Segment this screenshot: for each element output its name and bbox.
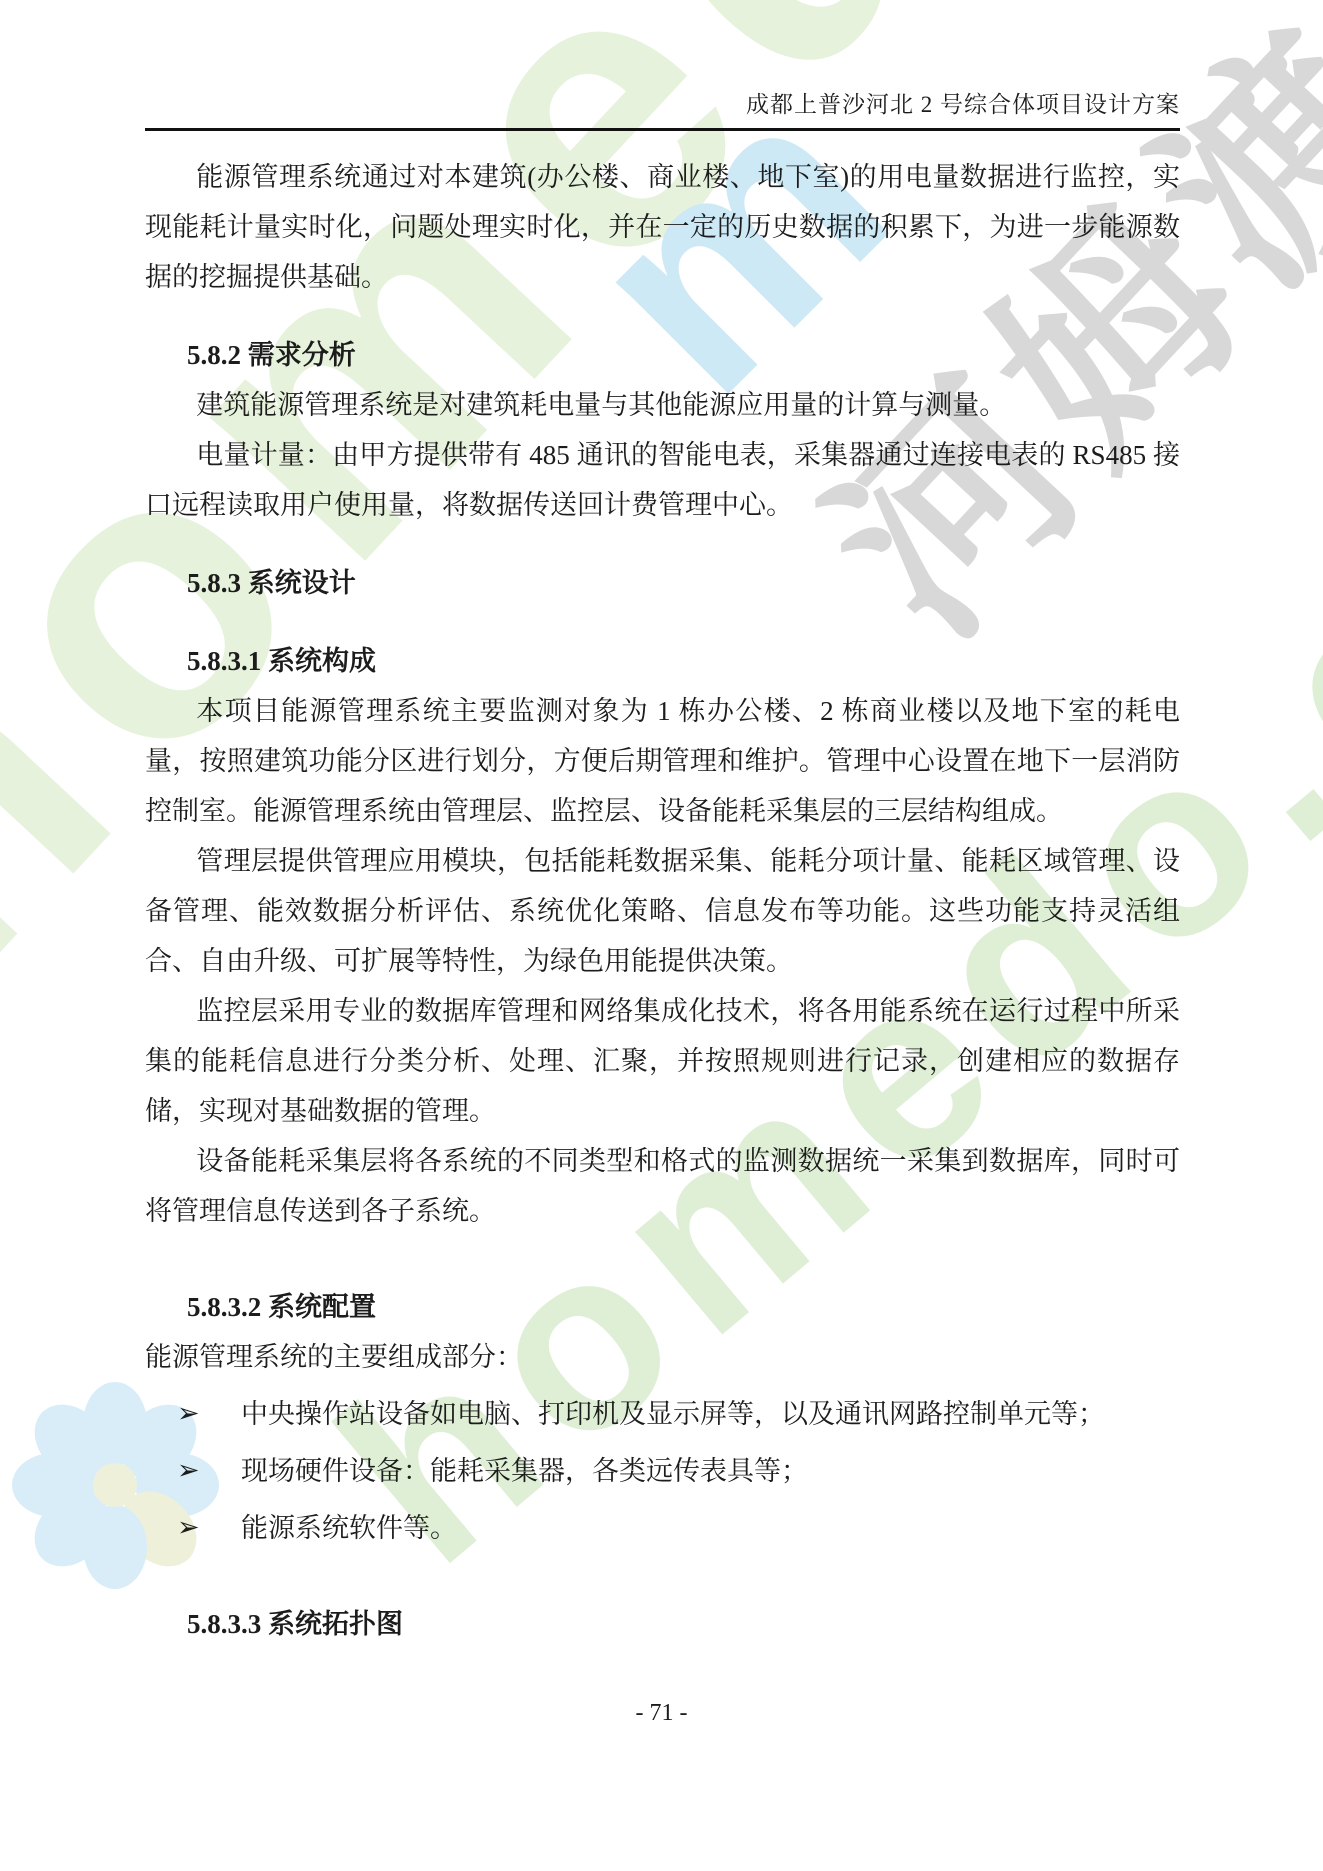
heading-5-8-3: 5.8.3 系统设计: [145, 558, 1180, 608]
paragraph-main-components: 能源管理系统的主要组成部分：: [145, 1332, 1180, 1382]
list-item-software: ➢ 能源系统软件等。: [145, 1503, 1180, 1553]
arrow-bullet-icon: ➢: [177, 1389, 241, 1439]
paragraph-system-composition: 本项目能源管理系统主要监测对象为 1 栋办公楼、2 栋商业楼以及地下室的耗电量，…: [145, 686, 1180, 836]
list-item-central-station: ➢ 中央操作站设备如电脑、打印机及显示屏等，以及通讯网路控制单元等；: [145, 1389, 1180, 1439]
list-item-text: 中央操作站设备如电脑、打印机及显示屏等，以及通讯网路控制单元等；: [241, 1389, 1180, 1439]
heading-5-8-3-2: 5.8.3.2 系统配置: [145, 1282, 1180, 1332]
list-item-field-hardware: ➢ 现场硬件设备：能耗采集器，各类远传表具等；: [145, 1446, 1180, 1496]
list-item-text: 能源系统软件等。: [241, 1503, 1180, 1553]
content-area: 能源管理系统通过对本建筑(办公楼、商业楼、地下室)的用电量数据进行监控，实现能耗…: [145, 152, 1180, 1649]
paragraph-management-layer: 管理层提供管理应用模块，包括能耗数据采集、能耗分项计量、能耗区域管理、设备管理、…: [145, 836, 1180, 986]
paragraph-demand-analysis: 建筑能源管理系统是对建筑耗电量与其他能源应用量的计算与测量。: [145, 380, 1180, 430]
arrow-bullet-icon: ➢: [177, 1503, 241, 1553]
document-body: 成都上普沙河北 2 号综合体项目设计方案 能源管理系统通过对本建筑(办公楼、商业…: [0, 0, 1323, 1649]
heading-5-8-3-3: 5.8.3.3 系统拓扑图: [145, 1599, 1180, 1649]
header-rule: [145, 128, 1180, 131]
heading-5-8-2: 5.8.2 需求分析: [145, 330, 1180, 380]
document-page: homedo.com m homedo.com 河姆渡 成都上普沙河北 2 号综…: [0, 0, 1323, 1871]
paragraph-energy-monitoring: 能源管理系统通过对本建筑(办公楼、商业楼、地下室)的用电量数据进行监控，实现能耗…: [145, 152, 1180, 302]
paragraph-collection-layer: 设备能耗采集层将各系统的不同类型和格式的监测数据统一采集到数据库，同时可将管理信…: [145, 1136, 1180, 1236]
paragraph-metering: 电量计量：由甲方提供带有 485 通讯的智能电表，采集器通过连接电表的 RS48…: [145, 430, 1180, 530]
arrow-bullet-icon: ➢: [177, 1446, 241, 1496]
heading-5-8-3-1: 5.8.3.1 系统构成: [145, 636, 1180, 686]
page-number: - 71 -: [0, 1700, 1323, 1727]
list-item-text: 现场硬件设备：能耗采集器，各类远传表具等；: [241, 1446, 1180, 1496]
page-header-title: 成都上普沙河北 2 号综合体项目设计方案: [0, 0, 1323, 119]
paragraph-monitoring-layer: 监控层采用专业的数据库管理和网络集成化技术，将各用能系统在运行过程中所采集的能耗…: [145, 986, 1180, 1136]
